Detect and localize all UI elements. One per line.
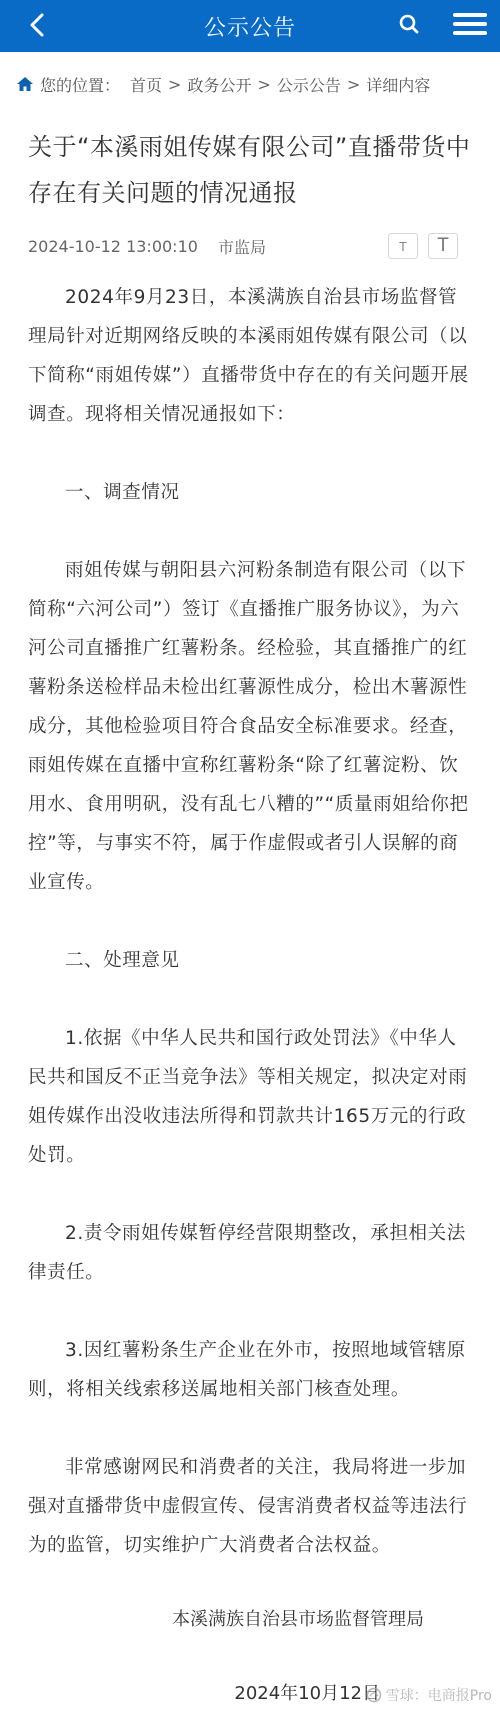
search-icon (398, 13, 420, 35)
breadcrumb-details[interactable]: 详细内容 (366, 73, 430, 96)
snowball-logo-icon (366, 1687, 382, 1703)
breadcrumb-separator: > (257, 75, 270, 94)
section-heading-investigation: 一、调查情况 (28, 473, 472, 512)
section-heading-handling: 二、处理意见 (28, 941, 472, 980)
back-button[interactable] (22, 10, 52, 40)
paragraph-investigation: 雨姐传媒与朝阳县六河粉条制造有限公司（以下简称“六河公司”）签订《直播推广服务协… (28, 551, 472, 902)
watermark: 雪球：电商报Pro (366, 1685, 492, 1705)
breadcrumb-prefix: 您的位置： (40, 73, 120, 96)
breadcrumb-separator: > (168, 75, 181, 94)
article: 关于“本溪雨姐传媒有限公司”直播带货中存在有关问题的情况通报 2024-10-1… (0, 124, 500, 1631)
menu-button[interactable] (450, 8, 490, 40)
top-nav-bar: 公示公告 (0, 0, 500, 52)
article-body: 2024年9月23日，本溪满族自治县市场监督管理局针对近期网络反映的本溪雨姐传媒… (28, 278, 472, 1565)
paragraph-handling-3: 3.因红薯粉条生产企业在外市，按照地域管辖原则，将相关线索移送属地相关部门核查处… (28, 1331, 472, 1409)
publish-date: 2024-10-12 13:00:10 (28, 237, 198, 256)
breadcrumb-home[interactable]: 首页 (130, 73, 162, 96)
breadcrumb: 您的位置： 首页 > 政务公开 > 公示公告 > 详细内容 (0, 64, 500, 104)
paragraph-closing: 非常感谢网民和消费者的关注，我局将进一步加强对直播带货中虚假宣传、侵害消费者权益… (28, 1448, 472, 1565)
home-icon (16, 75, 34, 93)
chevron-left-icon (29, 12, 45, 38)
paragraph-handling-1: 1.依据《中华人民共和国行政处罚法》《中华人民共和国反不正当竞争法》等相关规定，… (28, 1019, 472, 1175)
font-smaller-button[interactable]: T (388, 233, 418, 259)
article-title: 关于“本溪雨姐传媒有限公司”直播带货中存在有关问题的情况通报 (28, 124, 472, 216)
breadcrumb-government-affairs[interactable]: 政务公开 (187, 73, 251, 96)
signature-org: 本溪满族自治县市场监督管理局 (28, 1605, 472, 1631)
hamburger-menu-icon (453, 12, 487, 36)
paragraph-intro: 2024年9月23日，本溪满族自治县市场监督管理局针对近期网络反映的本溪雨姐传媒… (28, 278, 472, 434)
breadcrumb-separator: > (347, 75, 360, 94)
article-meta: 2024-10-12 13:00:10 市监局 T T (28, 228, 472, 264)
signature-date-row: 2024年10月12日 雪球：电商报Pro (0, 1679, 500, 1705)
signature-date: 2024年10月12日 (234, 1683, 380, 1704)
article-source: 市监局 (218, 235, 266, 258)
watermark-text: 雪球：电商报Pro (386, 1685, 492, 1705)
search-button[interactable] (395, 10, 423, 38)
font-larger-button[interactable]: T (428, 233, 458, 259)
font-size-controls: T T (388, 233, 458, 259)
breadcrumb-announcements[interactable]: 公示公告 (277, 73, 341, 96)
paragraph-handling-2: 2.责令雨姐传媒暂停经营限期整改，承担相关法律责任。 (28, 1214, 472, 1292)
page-header-title: 公示公告 (204, 11, 296, 42)
